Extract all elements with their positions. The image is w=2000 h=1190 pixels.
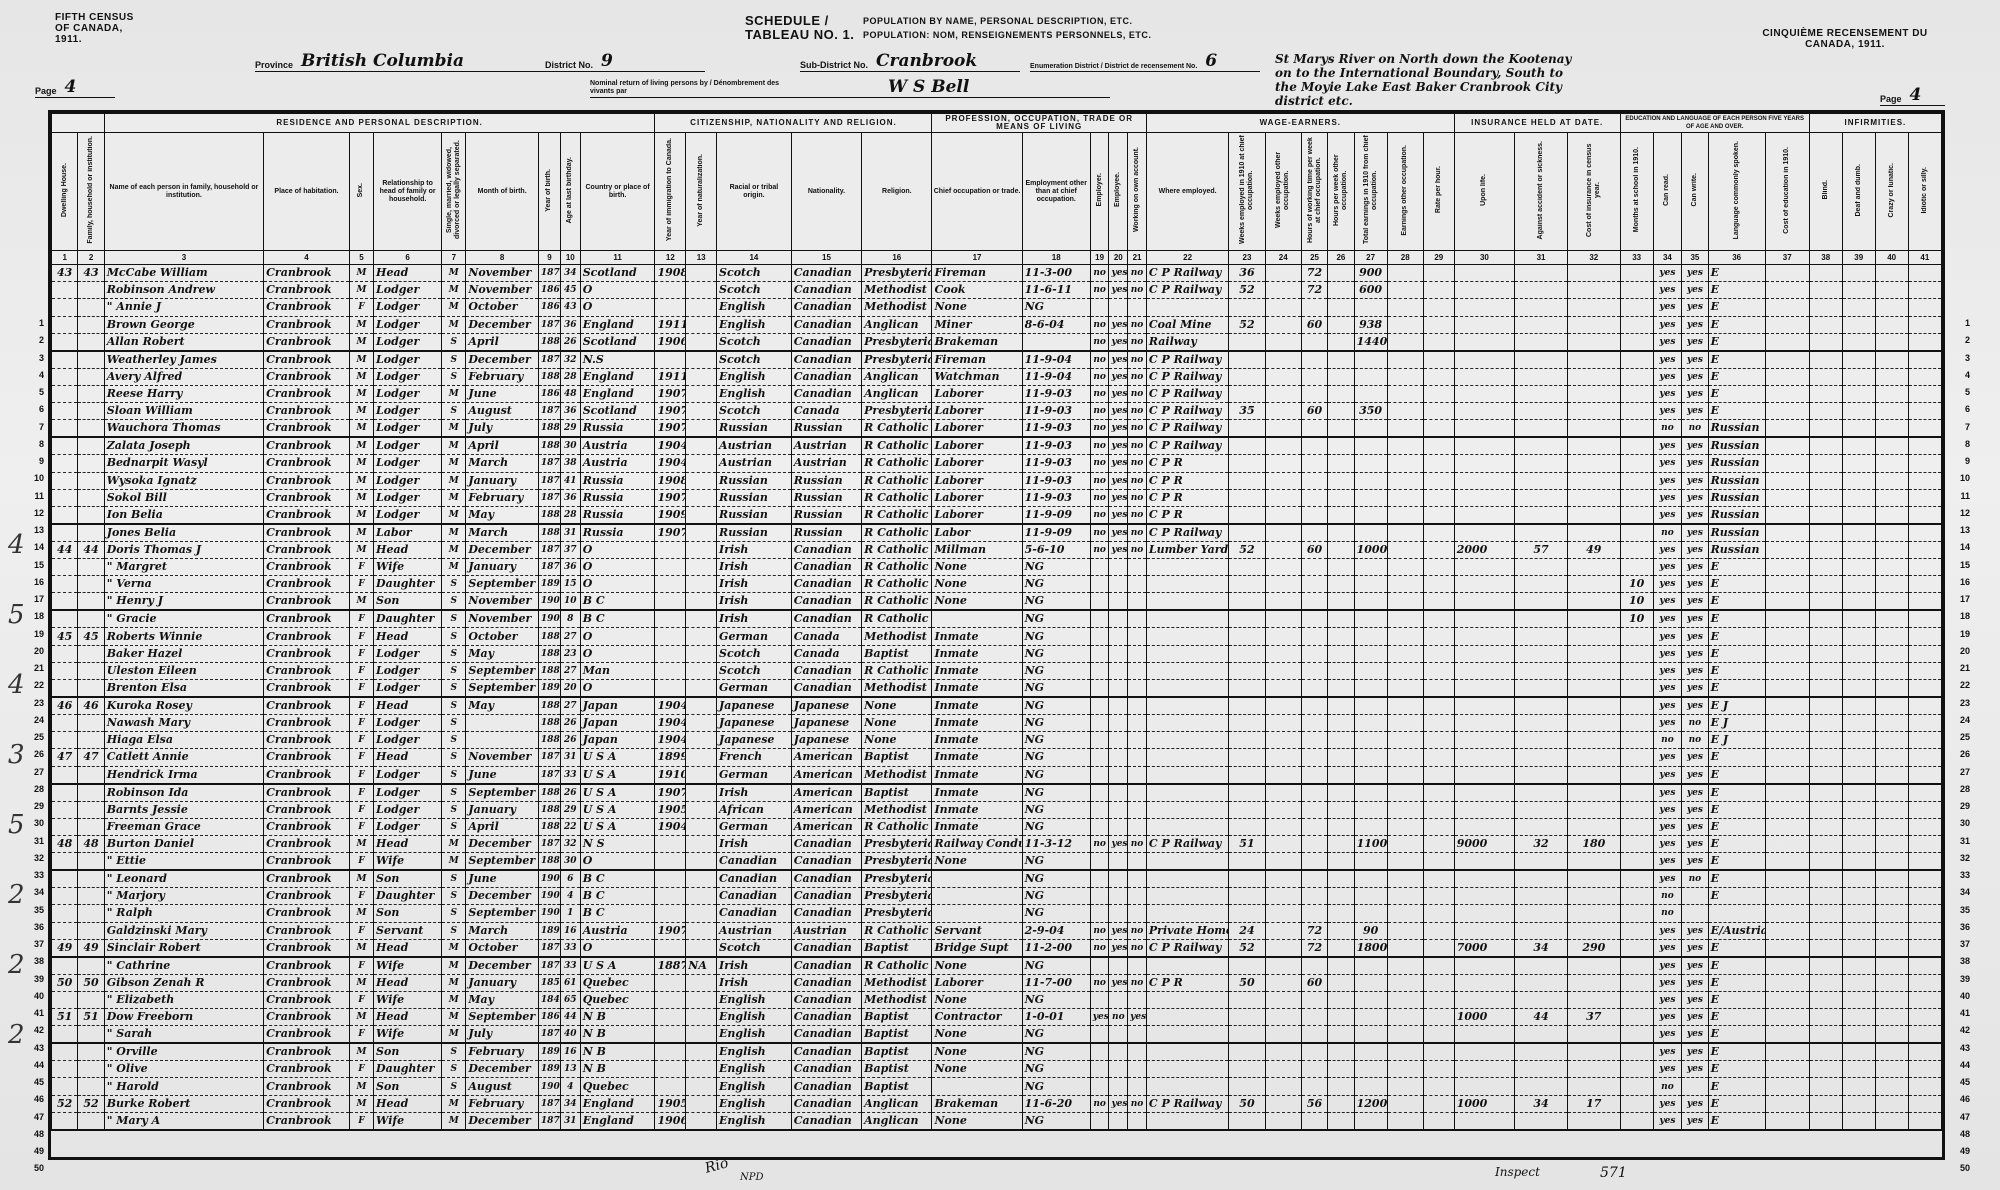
cell-nat [686,749,717,766]
cell-rel: Head [374,1095,442,1112]
cell-ins3 [1567,697,1620,715]
cell-sex: F [349,662,373,679]
column-number-31: 31 [1515,251,1568,265]
cell-own: no [1128,385,1147,402]
cell-emp: 5-6-10 [1022,541,1090,558]
section-residence: RESIDENCE AND PERSONAL DESCRIPTION. [104,114,655,133]
page-label-right: Page [1880,94,1902,104]
cell-earn [1354,905,1387,922]
cell-rel: Lodger [374,732,442,749]
cell-sch [1620,351,1653,369]
cell-er: no [1090,351,1109,369]
cell-place: Cranbrook [264,593,350,611]
cell-place: Cranbrook [264,541,350,558]
line-number-right: 24 [1950,715,1970,725]
cell-emp: 11-9-04 [1022,351,1090,369]
cell-imm [655,282,686,299]
cell-occ: Inmate [932,818,1022,835]
cell-relig: Presbyterian [862,835,932,852]
cell-read: yes [1653,974,1682,991]
cell-dw [52,524,78,542]
cell-idiot [1908,853,1941,871]
cell-fam [78,1026,104,1044]
cell-ins3 [1567,628,1620,645]
cell-dw [52,715,78,732]
cell-cost [1765,420,1809,438]
cell-read: yes [1653,870,1682,888]
table-row: " OliveCranbrookFDaughterSDecember189713… [52,1061,1942,1078]
cell-nation: Russian [791,472,861,489]
cell-write: yes [1682,489,1708,506]
column-number-3: 3 [104,251,263,265]
cell-ins1 [1454,1043,1514,1061]
table-row: Reese HarryCranbrookMLodgerMJune186248En… [52,385,1942,402]
cell-crazy [1875,922,1908,939]
cell-wk [1229,818,1265,835]
cell-ee: yes [1109,541,1128,558]
column-label: Blind. [1822,180,1830,199]
cell-orig: English [717,1061,792,1078]
cell-idiot [1908,905,1941,922]
cell-ee: yes [1109,524,1128,542]
cell-own: no [1128,351,1147,369]
cell-blind [1809,939,1842,957]
cell-nation: Canadian [791,870,861,888]
cell-fam [78,420,104,438]
cell-earn2 [1387,541,1423,558]
cell-wk [1229,715,1265,732]
cell-relig: Presbyterian [862,888,932,905]
cell-ins2 [1515,420,1568,438]
cell-hr: 60 [1301,316,1327,333]
cell-name: Allan Robert [104,333,263,351]
cell-mar: M [442,1095,466,1112]
cell-read: yes [1653,818,1682,835]
cell-nat [686,835,717,852]
line-number-right: 46 [1950,1094,1970,1104]
column-label: Earnings other occupation. [1401,145,1409,236]
cell-month: July [466,420,539,438]
cell-rel: Daughter [374,576,442,593]
cell-crazy [1875,853,1908,871]
cell-wk [1229,506,1265,524]
cell-rate [1423,784,1454,802]
cell-rate [1423,541,1454,558]
cell-place: Cranbrook [264,1112,350,1130]
cell-name: Gibson Zenah R [104,974,263,991]
cell-orig: Irish [717,784,792,802]
cell-cost [1765,628,1809,645]
line-number-left: 17 [24,594,44,604]
cell-er [1090,749,1109,766]
cell-earn [1354,559,1387,576]
table-row: Wauchora ThomasCranbrookMLodgerMJuly1881… [52,420,1942,438]
cell-hr2 [1328,905,1354,922]
cell-earn2 [1387,888,1423,905]
cell-write: yes [1682,559,1708,576]
cell-sex: F [349,715,373,732]
cell-rate [1423,576,1454,593]
cell-rel: Lodger [374,489,442,506]
cell-hr: 72 [1301,922,1327,939]
cell-wk2 [1265,870,1301,888]
cell-imm [655,1078,686,1095]
cell-ins2 [1515,888,1568,905]
cell-relig: Methodist [862,282,932,299]
cell-read: yes [1653,1043,1682,1061]
cell-birth: Japan [580,732,655,749]
cell-where [1146,680,1228,698]
cell-cost [1765,939,1809,957]
table-row: " MargretCranbrookFWifeMJanuary187536OIr… [52,559,1942,576]
cell-nat [686,645,717,662]
cell-idiot [1908,1112,1941,1130]
cell-cost [1765,299,1809,316]
cell-crazy [1875,610,1908,628]
cell-sex: M [349,1095,373,1112]
cell-year: 1882 [538,801,560,818]
cell-ee [1109,1061,1128,1078]
cell-own: no [1128,1095,1147,1112]
cell-imm [655,593,686,611]
cell-cost [1765,1026,1809,1044]
cell-fam: 47 [78,749,104,766]
cell-year: 1885 [538,732,560,749]
enum-district-value: 6 [1205,52,1217,70]
cell-hr2 [1328,853,1354,871]
cell-orig: Austrian [717,455,792,472]
line-number-left: 23 [24,698,44,708]
cell-earn2 [1387,316,1423,333]
cell-occ: Inmate [932,784,1022,802]
cell-place: Cranbrook [264,385,350,402]
cell-cost [1765,333,1809,351]
cell-earn [1354,489,1387,506]
column-label: Employer. [1096,173,1104,206]
cell-hr2 [1328,385,1354,402]
cell-hr2 [1328,801,1354,818]
cell-occ: None [932,957,1022,975]
cell-birth: B C [580,888,655,905]
cell-birth: Russia [580,524,655,542]
cell-nation: Canadian [791,316,861,333]
cell-earn [1354,888,1387,905]
cell-hr [1301,593,1327,611]
cell-own [1128,1112,1147,1130]
cell-ee: yes [1109,472,1128,489]
cell-earn2 [1387,403,1423,420]
enumerator-field: Nominal return of living persons by / Dé… [590,80,1110,98]
cell-ins1 [1454,905,1514,922]
cell-age: 27 [560,628,580,645]
cell-sch [1620,385,1653,402]
cell-age: 13 [560,1061,580,1078]
cell-own [1128,766,1147,784]
cell-rel: Head [374,749,442,766]
cell-where: C P Railway [1146,1095,1228,1112]
cell-crazy [1875,420,1908,438]
cell-sch [1620,957,1653,975]
cell-deaf [1842,385,1875,402]
cell-place: Cranbrook [264,680,350,698]
cell-name: Baker Hazel [104,645,263,662]
cell-nation: American [791,818,861,835]
cell-name: Robinson Ida [104,784,263,802]
cell-wk2 [1265,835,1301,852]
cell-cost [1765,489,1809,506]
cell-hr2 [1328,784,1354,802]
cell-relig: R Catholic [862,957,932,975]
cell-wk2 [1265,351,1301,369]
cell-place: Cranbrook [264,818,350,835]
cell-nat [686,437,717,455]
cell-name: Doris Thomas J [104,541,263,558]
cell-birth: O [580,853,655,871]
cell-rate [1423,662,1454,679]
cell-dw [52,1043,78,1061]
cell-ins3 [1567,870,1620,888]
cell-imm [655,835,686,852]
column-header-4: Place of habitation. [264,133,350,251]
cell-ins1: 2000 [1454,541,1514,558]
cell-earn [1354,749,1387,766]
cell-year: 1883 [538,662,560,679]
cell-dw: 48 [52,835,78,852]
table-row: 4848Burton DanielCranbrookMHeadMDecember… [52,835,1942,852]
cell-emp: NG [1022,784,1090,802]
cell-ins3 [1567,403,1620,420]
cell-relig: Presbyterian [862,351,932,369]
cell-ins2 [1515,403,1568,420]
cell-write: yes [1682,628,1708,645]
cell-month: October [466,299,539,316]
cell-relig: Baptist [862,1043,932,1061]
cell-rate [1423,939,1454,957]
cell-rate [1423,645,1454,662]
column-header-2: Family, household or institution. [78,133,104,251]
line-number-right: 29 [1950,801,1970,811]
column-label: Cost of education in 1910. [1783,147,1791,234]
cell-where [1146,1026,1228,1044]
cell-orig: Russian [717,506,792,524]
cell-rate [1423,1043,1454,1061]
cell-place: Cranbrook [264,610,350,628]
cell-age: 32 [560,835,580,852]
cell-nat [686,1078,717,1095]
cell-relig: Baptist [862,1061,932,1078]
cell-sex: M [349,1009,373,1026]
schedule-desc-fr: POPULATION: NOM, RENSEIGNEMENTS PERSONNE… [863,28,1263,42]
cell-where: C P Railway [1146,368,1228,385]
cell-earn2 [1387,576,1423,593]
cell-sch [1620,368,1653,385]
cell-cost [1765,1043,1809,1061]
cell-rate [1423,853,1454,871]
cell-cost [1765,697,1809,715]
cell-deaf [1842,524,1875,542]
cell-where [1146,784,1228,802]
cell-fam [78,524,104,542]
cell-crazy [1875,1061,1908,1078]
cell-lang: Russian [1708,506,1765,524]
cell-crazy [1875,385,1908,402]
cell-hr2 [1328,368,1354,385]
cell-imm: 1908 [655,472,686,489]
cell-birth: England [580,1095,655,1112]
cell-age: 6 [560,870,580,888]
cell-rate [1423,905,1454,922]
cell-rate [1423,368,1454,385]
cell-wk [1229,645,1265,662]
line-number-right: 27 [1950,767,1970,777]
cell-wk2 [1265,715,1301,732]
cell-deaf [1842,905,1875,922]
table-row: Uleston EileenCranbrookFLodgerSSeptember… [52,662,1942,679]
cell-birth: Japan [580,697,655,715]
cell-dw [52,922,78,939]
cell-er [1090,1043,1109,1061]
column-number-33: 33 [1620,251,1653,265]
line-number-right: 8 [1950,439,1970,449]
cell-fam [78,506,104,524]
cell-deaf [1842,351,1875,369]
cell-hr2 [1328,610,1354,628]
cell-ins3 [1567,333,1620,351]
cell-age: 31 [560,749,580,766]
cell-birth: Quebec [580,974,655,991]
cell-mar: S [442,1078,466,1095]
cell-blind [1809,524,1842,542]
cell-imm: 1907 [655,385,686,402]
cell-orig: Russian [717,489,792,506]
column-label: Year of birth. [545,169,553,212]
cell-month: September [466,784,539,802]
cell-year: 1875 [538,489,560,506]
cell-write: yes [1682,1061,1708,1078]
cell-ins1 [1454,299,1514,316]
cell-ins2 [1515,957,1568,975]
cell-occ: None [932,576,1022,593]
line-number-right: 2 [1950,335,1970,345]
cell-mar: M [442,472,466,489]
cell-orig: Russian [717,472,792,489]
cell-year: 1885 [538,333,560,351]
cell-year: 1890 [538,680,560,698]
cell-relig: Anglican [862,1095,932,1112]
cell-ee: yes [1109,922,1128,939]
cell-cost [1765,870,1809,888]
cell-orig: Irish [717,835,792,852]
cell-where: Coal Mine [1146,316,1228,333]
cell-orig: German [717,628,792,645]
cell-wk2 [1265,299,1301,316]
footer-note-inspect: Inspect [1495,1165,1540,1179]
cell-dw: 47 [52,749,78,766]
cell-month: February [466,368,539,385]
cell-wk2 [1265,818,1301,835]
cell-ins3: 180 [1567,835,1620,852]
cell-hr2 [1328,403,1354,420]
cell-earn2 [1387,801,1423,818]
cell-er [1090,1112,1109,1130]
cell-lang: E [1708,835,1765,852]
cell-orig: Japanese [717,715,792,732]
cell-occ: Inmate [932,645,1022,662]
cell-cost [1765,662,1809,679]
cell-hr [1301,853,1327,871]
table-row: 4444Doris Thomas JCranbrookMHeadMDecembe… [52,541,1942,558]
cell-wk2 [1265,1112,1301,1130]
cell-wk [1229,853,1265,871]
cell-cost [1765,835,1809,852]
cell-year: 1877 [538,957,560,975]
cell-wk [1229,299,1265,316]
cell-birth: Scotland [580,403,655,420]
line-number-left: 25 [24,732,44,742]
cell-nat [686,939,717,957]
cell-imm: 1905 [655,801,686,818]
cell-idiot [1908,541,1941,558]
cell-crazy [1875,282,1908,299]
cell-emp: NG [1022,662,1090,679]
cell-ins1 [1454,368,1514,385]
cell-deaf [1842,974,1875,991]
cell-earn2 [1387,1043,1423,1061]
column-label: Where employed. [1159,188,1217,195]
cell-relig: R Catholic [862,662,932,679]
cell-er: no [1090,437,1109,455]
cell-blind [1809,593,1842,611]
cell-hr [1301,368,1327,385]
cell-er [1090,299,1109,316]
line-number-right: 44 [1950,1060,1970,1070]
cell-ins3 [1567,766,1620,784]
cell-mar: M [442,1009,466,1026]
cell-ee: yes [1109,368,1128,385]
cell-er [1090,732,1109,749]
cell-rate [1423,1078,1454,1095]
cell-relig: R Catholic [862,576,932,593]
cell-orig: English [717,1026,792,1044]
cell-place: Cranbrook [264,749,350,766]
cell-relig: Presbyterian [862,333,932,351]
cell-ins1 [1454,766,1514,784]
cell-earn2 [1387,784,1423,802]
cell-er: no [1090,403,1109,420]
cell-where: C P Railway [1146,835,1228,852]
cell-hr [1301,385,1327,402]
column-header-14: Racial or tribal origin. [717,133,792,251]
cell-nat [686,524,717,542]
cell-lang: E [1708,593,1765,611]
cell-nation: American [791,784,861,802]
cell-imm: 1907 [655,403,686,420]
column-header-11: Country or place of birth. [580,133,655,251]
line-number-right: 5 [1950,387,1970,397]
cell-year: 1878 [538,351,560,369]
cell-earn2 [1387,697,1423,715]
cell-fam [78,593,104,611]
cell-name: Sinclair Robert [104,939,263,957]
cell-cost [1765,888,1809,905]
cell-wk [1229,766,1265,784]
cell-mar: S [442,662,466,679]
cell-write: yes [1682,939,1708,957]
cell-own [1128,853,1147,871]
column-label: Hours of working time per week at chief … [1307,135,1323,245]
cell-earn: 350 [1354,403,1387,420]
cell-wk2 [1265,1078,1301,1095]
